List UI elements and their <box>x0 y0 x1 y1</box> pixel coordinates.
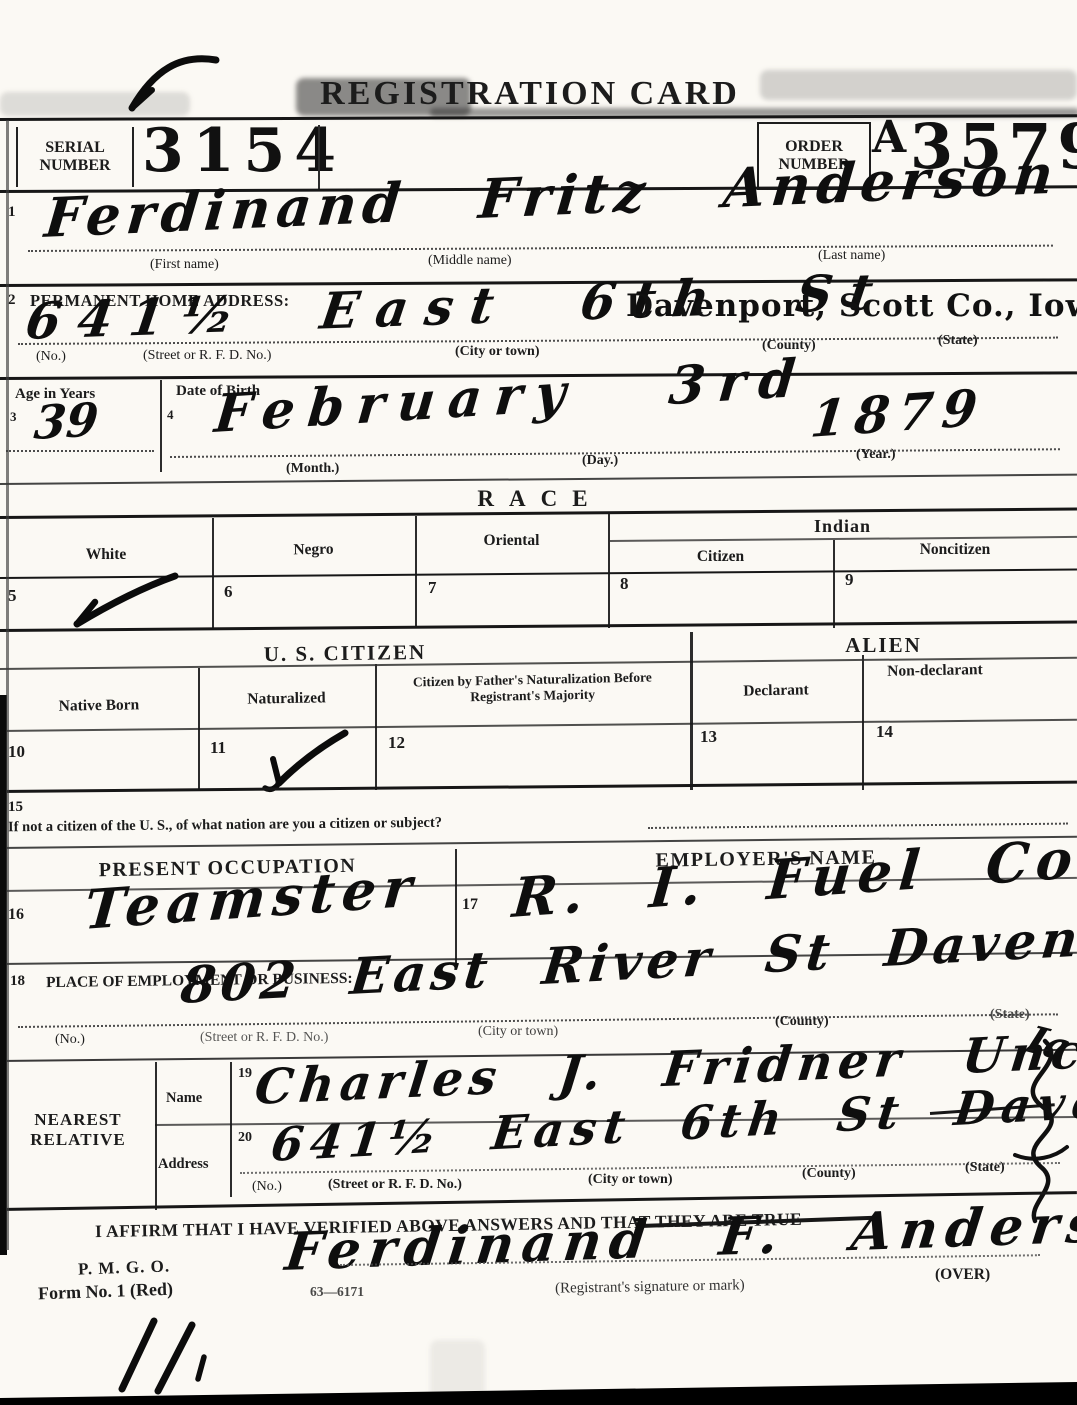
naturalized-label: Naturalized <box>198 688 375 709</box>
serial-number-box: SERIAL NUMBER <box>16 127 134 187</box>
year-label: (Year.) <box>856 447 896 463</box>
non-declarant-label: Non-declarant <box>880 661 990 681</box>
pen-tally-marks-icon <box>100 1315 240 1395</box>
street-label: (Street or R. F. D. No.) <box>200 1030 328 1046</box>
signature-caption: (Registrant's signature or mark) <box>555 1277 745 1298</box>
street-label: (Street or R. F. D. No.) <box>143 348 271 364</box>
line18-number: 18 <box>10 973 25 990</box>
county-label: (County) <box>775 1014 829 1030</box>
divider <box>212 518 214 628</box>
home-address-typed: Davenport, Scott Co., Iowa <box>626 288 1077 324</box>
age-value-handwriting: 39 <box>32 392 101 450</box>
line17-number: 17 <box>462 896 478 914</box>
line1-number: 1 <box>8 204 16 221</box>
middle-name-label: (Middle name) <box>428 253 512 269</box>
race-negro-label: Negro <box>212 539 415 560</box>
divider <box>230 1062 232 1197</box>
rule <box>0 719 1077 732</box>
line2-number: 2 <box>8 292 16 309</box>
form-code: 63—6171 <box>310 1284 364 1300</box>
over-label: (OVER) <box>935 1266 990 1284</box>
month-label: (Month.) <box>286 461 339 477</box>
write-line <box>6 450 154 452</box>
race-noncitizen-label: Noncitizen <box>833 541 1077 559</box>
non-declarant-number: 14 <box>876 722 893 742</box>
city-label: (City or town) <box>478 1024 558 1040</box>
day-label: (Day.) <box>582 453 618 469</box>
native-born-label: Native Born <box>0 695 198 716</box>
citizen-by-father-number: 12 <box>388 733 405 753</box>
alien-header: ALIEN <box>690 633 1077 657</box>
white-checkmark-icon <box>55 570 185 630</box>
rule <box>0 781 1077 793</box>
declarant-label: Declarant <box>690 681 862 702</box>
race-white-number: 5 <box>8 586 17 606</box>
scan-edge-left-thin <box>6 120 9 1250</box>
serial-number-label: SERIAL NUMBER <box>29 139 121 176</box>
city-label: (City or town) <box>588 1172 673 1188</box>
card-title: REGISTRATION CARD <box>180 74 880 113</box>
line15-number: 15 <box>8 799 23 816</box>
write-line <box>28 245 1053 252</box>
state-label: (State) <box>938 333 978 349</box>
race-citizen-label: Citizen <box>608 548 833 566</box>
declarant-number: 13 <box>700 727 717 747</box>
line20-number: 20 <box>238 1130 252 1146</box>
relative-address-label: Address <box>158 1156 209 1173</box>
nation-question-label: If not a citizen of the U. S., of what n… <box>8 815 442 836</box>
nearest-relative-label: NEAREST RELATIVE <box>8 1110 148 1149</box>
registration-card-document: REGISTRATION CARD SERIAL NUMBER 3154 ORD… <box>0 0 1077 1405</box>
race-indian-group-label: Indian <box>610 516 1075 537</box>
county-label: (County) <box>802 1166 856 1182</box>
race-negro-number: 6 <box>224 582 233 602</box>
form-number-label: Form No. 1 (Red) <box>38 1279 174 1304</box>
naturalized-number: 11 <box>210 738 226 758</box>
line19-number: 19 <box>238 1066 252 1082</box>
race-white-label: White <box>0 546 212 564</box>
line16-number: 16 <box>8 906 24 924</box>
race-oriental-label: Oriental <box>415 532 608 550</box>
first-name-label: (First name) <box>150 257 219 273</box>
age-number: 3 <box>10 410 17 425</box>
no-label: (No.) <box>252 1179 282 1195</box>
birth-number: 4 <box>167 408 174 423</box>
divider <box>155 1062 157 1210</box>
street-label: (Street or R. F. D. No.) <box>328 1177 462 1193</box>
city-label: (City or town) <box>455 344 540 360</box>
write-line <box>648 823 1068 829</box>
pmgo-label: P. M. G. O. <box>78 1256 171 1279</box>
relative-name-label: Name <box>166 1090 202 1107</box>
naturalized-checkmark-icon <box>245 725 360 795</box>
birth-year-handwriting: 1879 <box>808 377 989 449</box>
race-citizen-number: 8 <box>620 574 629 594</box>
state-label: (State) <box>990 1007 1030 1023</box>
divider <box>160 380 162 472</box>
no-label: (No.) <box>55 1032 85 1048</box>
rule <box>0 474 1077 485</box>
native-born-number: 10 <box>8 742 25 762</box>
divider <box>690 632 693 790</box>
citizen-by-father-label: Citizen by Father's Naturalization Befor… <box>385 669 681 706</box>
no-label: (No.) <box>36 349 66 365</box>
race-header: RACE <box>370 486 710 512</box>
race-oriental-number: 7 <box>428 578 437 598</box>
birth-month-day-handwriting: February 3rd <box>212 347 811 445</box>
race-noncitizen-number: 9 <box>845 570 854 590</box>
